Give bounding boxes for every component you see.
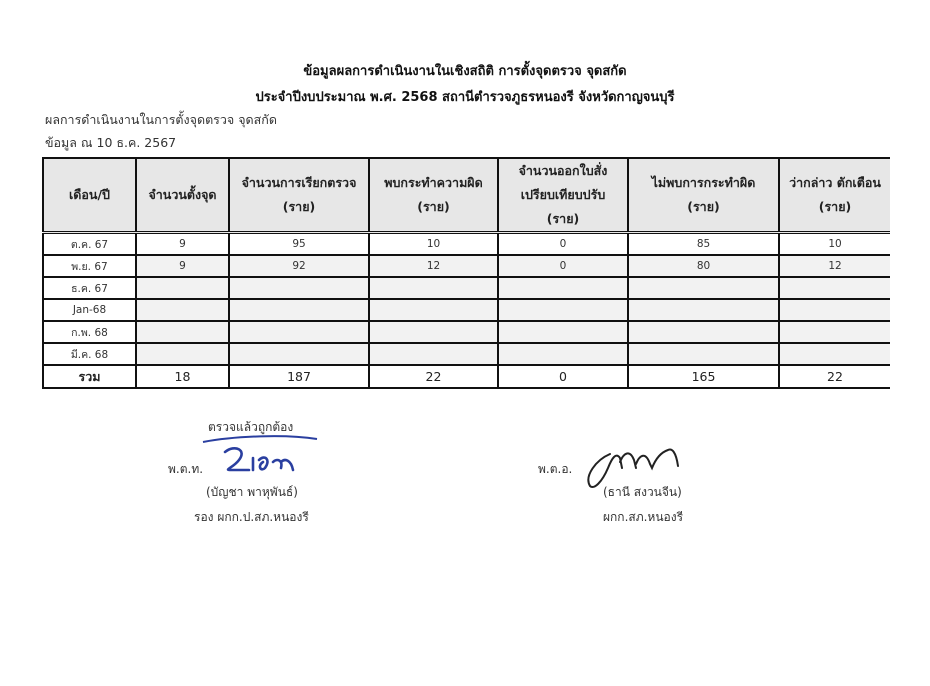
value-cell	[369, 343, 498, 365]
column-header-text: (ราย)	[629, 195, 778, 219]
value-cell	[136, 343, 229, 365]
total-label: รวม	[43, 365, 136, 388]
month-cell: ธ.ค. 67	[43, 277, 136, 299]
value-cell: 10	[369, 233, 498, 256]
column-header-text: จำนวนการเรียกตรวจ	[230, 171, 368, 195]
value-cell	[136, 299, 229, 321]
column-header-text: (ราย)	[370, 195, 497, 219]
report-subtitle: ประจำปีงบประมาณ พ.ศ. 2568 สถานีตำรวจภูธร…	[0, 86, 930, 107]
value-cell	[628, 343, 779, 365]
value-cell	[498, 277, 628, 299]
value-cell	[498, 321, 628, 343]
value-cell: 92	[229, 255, 369, 277]
total-value-cell: 0	[498, 365, 628, 388]
value-cell: 9	[136, 255, 229, 277]
value-cell: 12	[779, 255, 890, 277]
value-cell	[498, 343, 628, 365]
column-header-text: จำนวนตั้งจุด	[137, 183, 228, 207]
table-row: มี.ค. 68	[43, 343, 890, 365]
total-value-cell: 22	[369, 365, 498, 388]
total-row: รวม1818722016522	[43, 365, 890, 388]
month-cell: ก.พ. 68	[43, 321, 136, 343]
total-value-cell: 22	[779, 365, 890, 388]
table-row: Jan-68	[43, 299, 890, 321]
value-cell	[779, 277, 890, 299]
value-cell: 10	[779, 233, 890, 256]
column-header-text: พบกระทำความผิด	[370, 171, 497, 195]
value-cell	[369, 277, 498, 299]
signature-left-icon	[195, 430, 325, 478]
value-cell	[229, 277, 369, 299]
total-value-cell: 18	[136, 365, 229, 388]
column-header: เดือน/ปี	[43, 158, 136, 233]
month-cell: ต.ค. 67	[43, 233, 136, 256]
right-position: ผกก.สภ.หนองรี	[603, 508, 683, 527]
results-table: เดือน/ปีจำนวนตั้งจุดจำนวนการเรียกตรวจ(รา…	[42, 157, 890, 389]
value-cell: 12	[369, 255, 498, 277]
table-row: พ.ย. 679921208012	[43, 255, 890, 277]
value-cell	[229, 299, 369, 321]
value-cell	[628, 321, 779, 343]
value-cell	[779, 343, 890, 365]
table-header-row: เดือน/ปีจำนวนตั้งจุดจำนวนการเรียกตรวจ(รา…	[43, 158, 890, 233]
column-header-text: จำนวนออกใบสั่ง	[499, 159, 627, 183]
month-cell: พ.ย. 67	[43, 255, 136, 277]
column-header: ไม่พบการกระทำผิด(ราย)	[628, 158, 779, 233]
table-row: ธ.ค. 67	[43, 277, 890, 299]
value-cell: 80	[628, 255, 779, 277]
column-header: จำนวนออกใบสั่งเปรียบเทียบปรับ(ราย)	[498, 158, 628, 233]
report-title: ข้อมูลผลการดำเนินงานในเชิงสถิติ การตั้งจ…	[0, 60, 930, 81]
value-cell: 0	[498, 255, 628, 277]
month-cell: Jan-68	[43, 299, 136, 321]
left-name: (บัญชา พาหุพันธ์)	[206, 483, 298, 502]
value-cell	[779, 321, 890, 343]
right-name: (ธานี สงวนจีน)	[603, 483, 682, 502]
table-row: ต.ค. 679951008510	[43, 233, 890, 256]
value-cell	[369, 299, 498, 321]
column-header: พบกระทำความผิด(ราย)	[369, 158, 498, 233]
column-header: จำนวนการเรียกตรวจ(ราย)	[229, 158, 369, 233]
section-label: ผลการดำเนินงานในการตั้งจุดตรวจ จุดสกัด	[45, 110, 277, 130]
month-cell: มี.ค. 68	[43, 343, 136, 365]
as-of-date: ข้อมูล ณ 10 ธ.ค. 2567	[45, 133, 176, 153]
value-cell	[229, 343, 369, 365]
table-row: ก.พ. 68	[43, 321, 890, 343]
value-cell	[136, 277, 229, 299]
column-header-text: (ราย)	[780, 195, 890, 219]
value-cell: 0	[498, 233, 628, 256]
value-cell	[369, 321, 498, 343]
column-header: จำนวนตั้งจุด	[136, 158, 229, 233]
value-cell: 9	[136, 233, 229, 256]
value-cell	[229, 321, 369, 343]
column-header-text: เปรียบเทียบปรับ	[499, 183, 627, 207]
value-cell	[779, 299, 890, 321]
value-cell	[498, 299, 628, 321]
value-cell: 85	[628, 233, 779, 256]
column-header-text: ว่ากล่าว ตักเตือน	[780, 171, 890, 195]
value-cell	[628, 277, 779, 299]
total-value-cell: 165	[628, 365, 779, 388]
left-rank: พ.ต.ท.	[168, 460, 203, 479]
column-header-text: เดือน/ปี	[44, 183, 135, 207]
column-header-text: (ราย)	[230, 195, 368, 219]
left-position: รอง ผกก.ป.สภ.หนองรี	[194, 508, 309, 527]
column-header-text: ไม่พบการกระทำผิด	[629, 171, 778, 195]
column-header: ว่ากล่าว ตักเตือน(ราย)	[779, 158, 890, 233]
column-header-text: (ราย)	[499, 207, 627, 231]
value-cell	[136, 321, 229, 343]
right-rank: พ.ต.อ.	[538, 460, 572, 479]
total-value-cell: 187	[229, 365, 369, 388]
value-cell: 95	[229, 233, 369, 256]
value-cell	[628, 299, 779, 321]
